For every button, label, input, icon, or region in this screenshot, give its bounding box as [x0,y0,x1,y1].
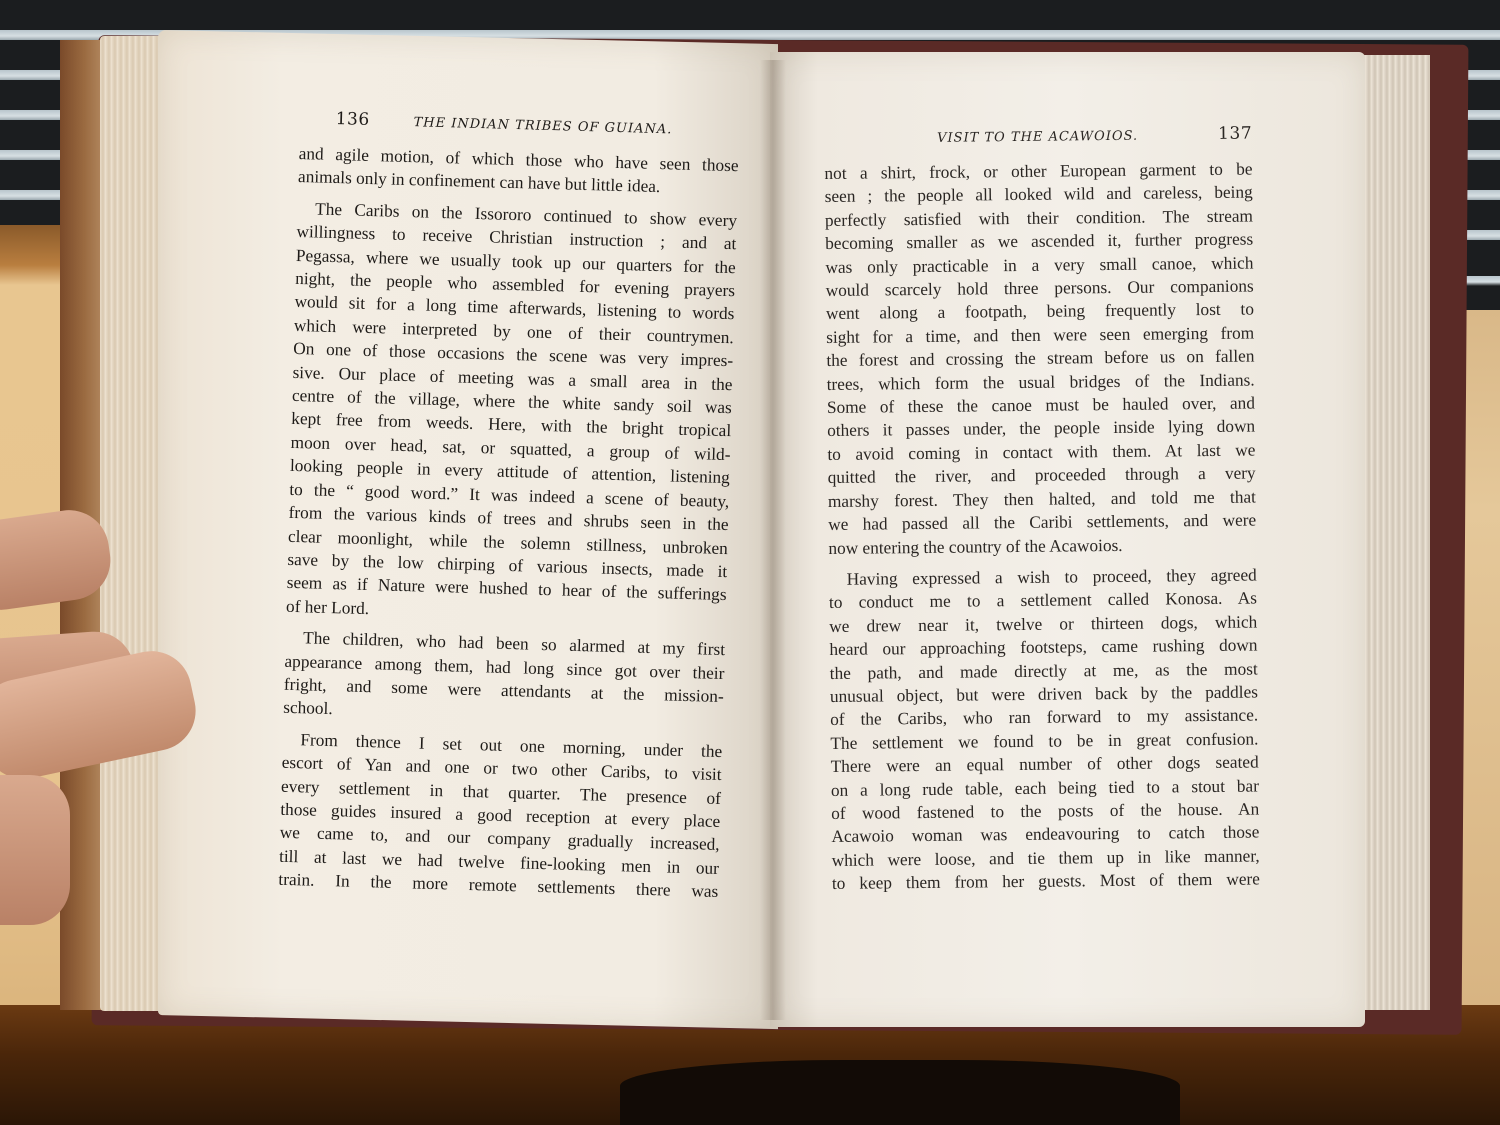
running-head-title: Visit to the Acawoios. [937,129,1138,146]
paragraph: not a shirt, frock, or other European ga… [824,158,1256,560]
right-page-body: not a shirt, frock, or other European ga… [824,158,1260,896]
running-head-title: The Indian Tribes of Guiana. [413,115,672,137]
page-number: 136 [335,109,369,130]
left-page-body: and agile motion, of which those who hav… [278,142,739,904]
text-line: we had passed all the Caribi settlements… [828,509,1256,537]
paragraph: and agile motion, of which those who hav… [298,142,739,201]
paragraph: The children, who had been so alarmed at… [283,626,725,732]
book-gutter [760,60,786,1020]
paragraph: The Caribs on the Issororo continued to … [286,197,738,630]
paragraph: From thence I set out one morning, under… [278,728,722,904]
page-stack-right [1360,55,1430,1010]
shadow [620,1060,1180,1125]
finger [0,505,116,615]
hand [0,515,200,935]
right-page-text: Visit to the Acawoios. 137 not a shirt, … [824,124,1260,904]
page-number: 137 [1218,124,1252,144]
paragraph: Having expressed a wish to proceed, they… [829,563,1260,895]
text-line: now entering the country of the Acawoios… [828,532,1256,560]
left-page-text: 136 The Indian Tribes of Guiana. and agi… [278,108,740,912]
photo-scene: 136 The Indian Tribes of Guiana. and agi… [0,0,1500,1125]
finger [0,775,70,925]
text-line: to keep them from her guests. Most of th… [832,868,1260,896]
running-head-right: Visit to the Acawoios. 137 [824,124,1252,152]
